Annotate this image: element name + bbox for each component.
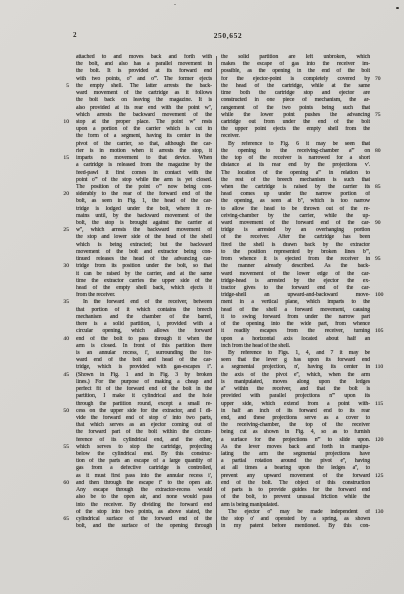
text-line: The ejector o'' may be made independent …	[221, 509, 370, 516]
text-line: it can be raised by the carrier, and at …	[76, 271, 212, 278]
text-line: end of the bolt to pass through it when …	[76, 336, 212, 343]
line-number: 20	[53, 191, 69, 198]
line-number: 35	[53, 299, 69, 306]
text-line: the stop o' and operated by a spring, as…	[221, 516, 370, 523]
text-line: the form of a segment, having its center…	[76, 133, 212, 140]
text-line: In the forward end of the receiver, betw…	[76, 299, 212, 306]
text-line: ceiving-chamber by the carrier, while th…	[221, 213, 370, 220]
text-line: into the receiver. By dividing the forwa…	[76, 502, 212, 509]
text-line: upper side, which extend from a point wi…	[221, 401, 370, 408]
text-line: the bolt back on leaving the magazine. I…	[76, 97, 212, 104]
text-line: bolt, and the surface of the opening thr…	[76, 523, 212, 530]
text-line: perfect fit of the forward end of the bo…	[76, 386, 212, 393]
text-line: and then through the escape i'' to the o…	[76, 480, 212, 487]
text-line: bolt, the stop is brought against the ca…	[76, 220, 212, 227]
text-line: end, and these projections serve as a co…	[221, 415, 370, 422]
text-line: also provided at its rear end with the p…	[76, 105, 212, 112]
right-line-number-gutter: 707580859095100105110115120125130	[375, 54, 391, 532]
text-line: the upper point ejects the empty shell f…	[221, 126, 370, 133]
line-number: 100	[375, 292, 391, 299]
line-number: 90	[375, 220, 391, 227]
text-line: the axis of the pivot e'', which, when t…	[221, 372, 370, 379]
text-line: the solid partition are left unbroken, w…	[221, 54, 370, 61]
line-number: 125	[375, 473, 391, 480]
line-number: 55	[53, 444, 69, 451]
text-line: that which serves as an ejector coming o…	[76, 422, 212, 429]
text-line: tridge from its position under the bolt,…	[76, 263, 212, 270]
text-line: of parts is to provide guides for the fo…	[221, 487, 370, 494]
line-number: 10	[53, 119, 69, 126]
text-line: vide the forward end of stop o' into two…	[76, 415, 212, 422]
line-number: 95	[375, 256, 391, 263]
text-line: provided with parallel projections n''' …	[221, 393, 370, 400]
text-line: By reference to Figs. 1, 4, and 7 it may…	[221, 350, 370, 357]
line-number: 25	[53, 227, 69, 234]
text-line: head of the shell a forward movement, ca…	[221, 307, 370, 314]
text-line: possible, as the opening in the end of t…	[221, 68, 370, 75]
line-number: 5	[53, 83, 69, 90]
text-line: the receiving-chamber, the top of the re…	[221, 422, 370, 429]
text-line: is manipulated, moves along upon the led…	[221, 379, 370, 386]
text-line: a segmental projection, n', having its c…	[221, 364, 370, 371]
text-line: to allow the head to be thrown out of th…	[221, 206, 370, 213]
text-line: it readily escapes from the receiver, tu…	[221, 328, 370, 335]
text-line: The location of the opening a''' in rela…	[221, 170, 370, 177]
text-line: imparts no movement to that device. When	[76, 155, 212, 162]
text-line: end of the bolt. The object of this cons…	[221, 480, 370, 487]
text-line: movement of the bolt and extractor being…	[76, 249, 212, 256]
text-line: being cut as shown in Fig. 4, so as to f…	[221, 429, 370, 436]
text-line: tridge-head is arrested by the ejector t…	[221, 278, 370, 285]
text-line: when the cartridge is raised by the carr…	[221, 184, 370, 191]
text-line: the bolt. It is provided at its forward …	[76, 68, 212, 75]
text-line: the bolt, and also has a parallel moveme…	[76, 61, 212, 68]
text-line: a cartridge is released from the magazin…	[76, 162, 212, 169]
text-line: tractor gives to the forward end of the …	[221, 285, 370, 292]
text-line: As the lever moves back and forth in man…	[221, 444, 370, 451]
text-line: siderably to the rear of the forward end…	[76, 191, 212, 198]
text-line: tridge is arrested by an overhanging por…	[221, 227, 370, 234]
text-line: through the partition round, except a sm…	[76, 401, 212, 408]
text-line: the top of the receiver is narrowed for …	[221, 155, 370, 162]
text-line: from whence it is ejected from the recei…	[221, 256, 370, 263]
text-line: a surface for the projections n''' to sl…	[221, 437, 370, 444]
text-line: the opening to the receiving-chamber a''…	[221, 148, 370, 155]
text-line: tion of the parts an escape of a large q…	[76, 458, 212, 465]
text-line: the forward part of the bolt within the …	[76, 429, 212, 436]
left-line-number-gutter: 5101520253035404550556065	[53, 54, 69, 532]
line-number: 130	[375, 509, 391, 516]
text-line: makes the escape of gas into the receive…	[221, 61, 370, 68]
text-line: of the receiver. After the cartridge has…	[221, 234, 370, 241]
text-line: receiver.	[221, 133, 370, 140]
text-line: the rest of the breech mechanism is such…	[221, 177, 370, 184]
text-line: is an annular recess, i', surrounding th…	[76, 350, 212, 357]
text-line: tridge, which is provided with gas-escap…	[76, 364, 212, 371]
text-line: below the cylindrical end. By this const…	[76, 451, 212, 458]
line-number: 30	[53, 263, 69, 270]
text-line: for the ejector-point is completely cove…	[221, 76, 370, 83]
text-line: it to swing forward from under the narro…	[221, 314, 370, 321]
text-line: cartridge out from under the end of the …	[221, 119, 370, 126]
text-line: inch from the head of the shell.	[221, 343, 370, 350]
text-line: prevent any upward movement of the forwa…	[221, 473, 370, 480]
text-line: point o''' of the stop while the arm is …	[76, 177, 212, 184]
text-line: a'' within the receiver, and that the bo…	[221, 386, 370, 393]
text-line: in my patent before mentioned. By this c…	[221, 523, 370, 530]
text-line: the opening, as seen at b'', which is to…	[221, 198, 370, 205]
text-line: ment in a vertical plane, which imparts …	[221, 299, 370, 306]
text-line: of the stop into two points, as above st…	[76, 509, 212, 516]
line-number: 40	[53, 336, 69, 343]
text-line: of the opening into the wide part, from …	[221, 321, 370, 328]
text-line: seen that the lever g has upon its forwa…	[221, 357, 370, 364]
patent-number-heading: 250,652	[128, 31, 328, 40]
text-line: head of the empty shell back, which ejec…	[76, 285, 212, 292]
text-line: gas from a defective cartridge is contro…	[76, 465, 212, 472]
text-line: tinued releases the head of the advancin…	[76, 256, 212, 263]
line-number: 110	[375, 364, 391, 371]
line-number: 115	[375, 401, 391, 408]
text-line: while the lower point pushes the advanci…	[221, 112, 370, 119]
text-line: arm is closed. In front of this partitio…	[76, 343, 212, 350]
line-number: 65	[53, 516, 69, 523]
text-line: the head of the cartridge, while at the …	[221, 83, 370, 90]
text-line: constructed in one piece of mechanism, t…	[221, 97, 370, 104]
text-line: ward movement of the lower edge of the c…	[221, 271, 370, 278]
line-number: 60	[53, 480, 69, 487]
text-line: time the extractor carries the upper sid…	[76, 278, 212, 285]
text-line: circular opening, which allows the forwa…	[76, 328, 212, 335]
column-divider-rule	[216, 56, 217, 530]
text-line: attached to and moves back and forth wit…	[76, 54, 212, 61]
text-line: Any escape through the extractor-recess …	[76, 487, 212, 494]
text-line: of the bolt, to prevent unusual friction…	[221, 494, 370, 501]
text-line: (Shown in Fig. 1 and in Fig. 3 by broken	[76, 372, 212, 379]
text-line: fired the shell is drawn back by the ext…	[221, 242, 370, 249]
text-line: that portion of it which contains the br…	[76, 307, 212, 314]
right-text-column: the solid partition are left unbroken, w…	[221, 54, 370, 530]
text-line: to the position represented by broken li…	[221, 249, 370, 256]
text-line: ward movement of the cartridge as it fol…	[76, 90, 212, 97]
text-line: upon a portion of the carrier which is c…	[76, 126, 212, 133]
text-line: mains until, by the backward movement of…	[76, 213, 212, 220]
scan-speckle	[174, 4, 176, 5]
text-line: head comes up under the narrow portion o…	[221, 191, 370, 198]
text-line: bolt, as seen in Fig. 1, the head of the…	[76, 198, 212, 205]
text-line: stop at the proper place. The point w'' …	[76, 119, 212, 126]
text-line: tridge is lodged under the bolt, where i…	[76, 206, 212, 213]
line-number: 70	[375, 76, 391, 83]
text-line: the manner already described. As the bac…	[221, 263, 370, 270]
text-line: ward movement of the forward end of the …	[221, 220, 370, 227]
text-line: time both the cartridge stop and ejector…	[221, 90, 370, 97]
text-line: feed-pawl it first comes in contact with…	[76, 170, 212, 177]
text-line: the stop and lower side of the head of t…	[76, 234, 212, 241]
text-line: lating the arm the segmental projections…	[221, 451, 370, 458]
text-line: there is a solid partition, i, provided …	[76, 321, 212, 328]
line-number: 15	[53, 155, 69, 162]
text-line: mechanism and the chamber of the barrel,	[76, 314, 212, 321]
text-line: a partial rotation around the pivot e'',…	[221, 458, 370, 465]
text-line: lines.) For the purpose of making a chea…	[76, 379, 212, 386]
text-line: pivot of the carrier, so that, although …	[76, 141, 212, 148]
text-line: rier is in motion when it arrests the st…	[76, 148, 212, 155]
text-line: from the receiver.	[76, 292, 212, 299]
text-line: in half an inch of its forward end to it…	[221, 408, 370, 415]
text-line: partition, I make it cylindrical and the…	[76, 393, 212, 400]
text-line: with two points, o'' and o'''. The forme…	[76, 76, 212, 83]
text-line: also be to the open air, and none would …	[76, 494, 212, 501]
text-line: w'', which arrests the backward movement…	[76, 227, 212, 234]
text-line: which arrests the backward movement of t…	[76, 112, 212, 119]
text-line: the empty shell. The latter arrests the …	[76, 83, 212, 90]
line-number: 105	[375, 328, 391, 335]
text-line: By reference to Fig. 6 it may be seen th…	[221, 141, 370, 148]
line-number: 45	[53, 372, 69, 379]
text-line: arm is being manipulated.	[221, 502, 370, 509]
line-number: 80	[375, 148, 391, 155]
text-line: which serves to stop the cartridge, proj…	[76, 444, 212, 451]
text-line: upon a horizontal axis located about hal…	[221, 336, 370, 343]
text-line: tridge-shell an upward-and-backward move…	[221, 292, 370, 299]
text-line: cylindrical surface of the forward end o…	[76, 516, 212, 523]
line-number: 50	[53, 408, 69, 415]
text-line: cess on the upper side for the extractor…	[76, 408, 212, 415]
text-line: ward end of the bolt and head of the car…	[76, 357, 212, 364]
text-line: as it must first pass into the annular r…	[76, 473, 212, 480]
text-line: at all times a bearing upon the ledges a…	[221, 465, 370, 472]
line-number: 85	[375, 184, 391, 191]
page-number: 2	[73, 31, 77, 39]
line-number: 120	[375, 437, 391, 444]
text-line: rangement of the two points being such t…	[221, 105, 370, 112]
text-line: distance at its rear end by the projecti…	[221, 162, 370, 169]
text-line: ference of its cylindrical end, and the …	[76, 437, 212, 444]
scan-speckle	[396, 7, 399, 9]
line-number: 75	[375, 112, 391, 119]
text-line: which is being extracted; but the backwa…	[76, 242, 212, 249]
patent-document-page: 2 250,652 5101520253035404550556065 atta…	[0, 0, 404, 594]
left-text-column: attached to and moves back and forth wit…	[76, 54, 212, 530]
text-line: The position of the point o''' now being…	[76, 184, 212, 191]
